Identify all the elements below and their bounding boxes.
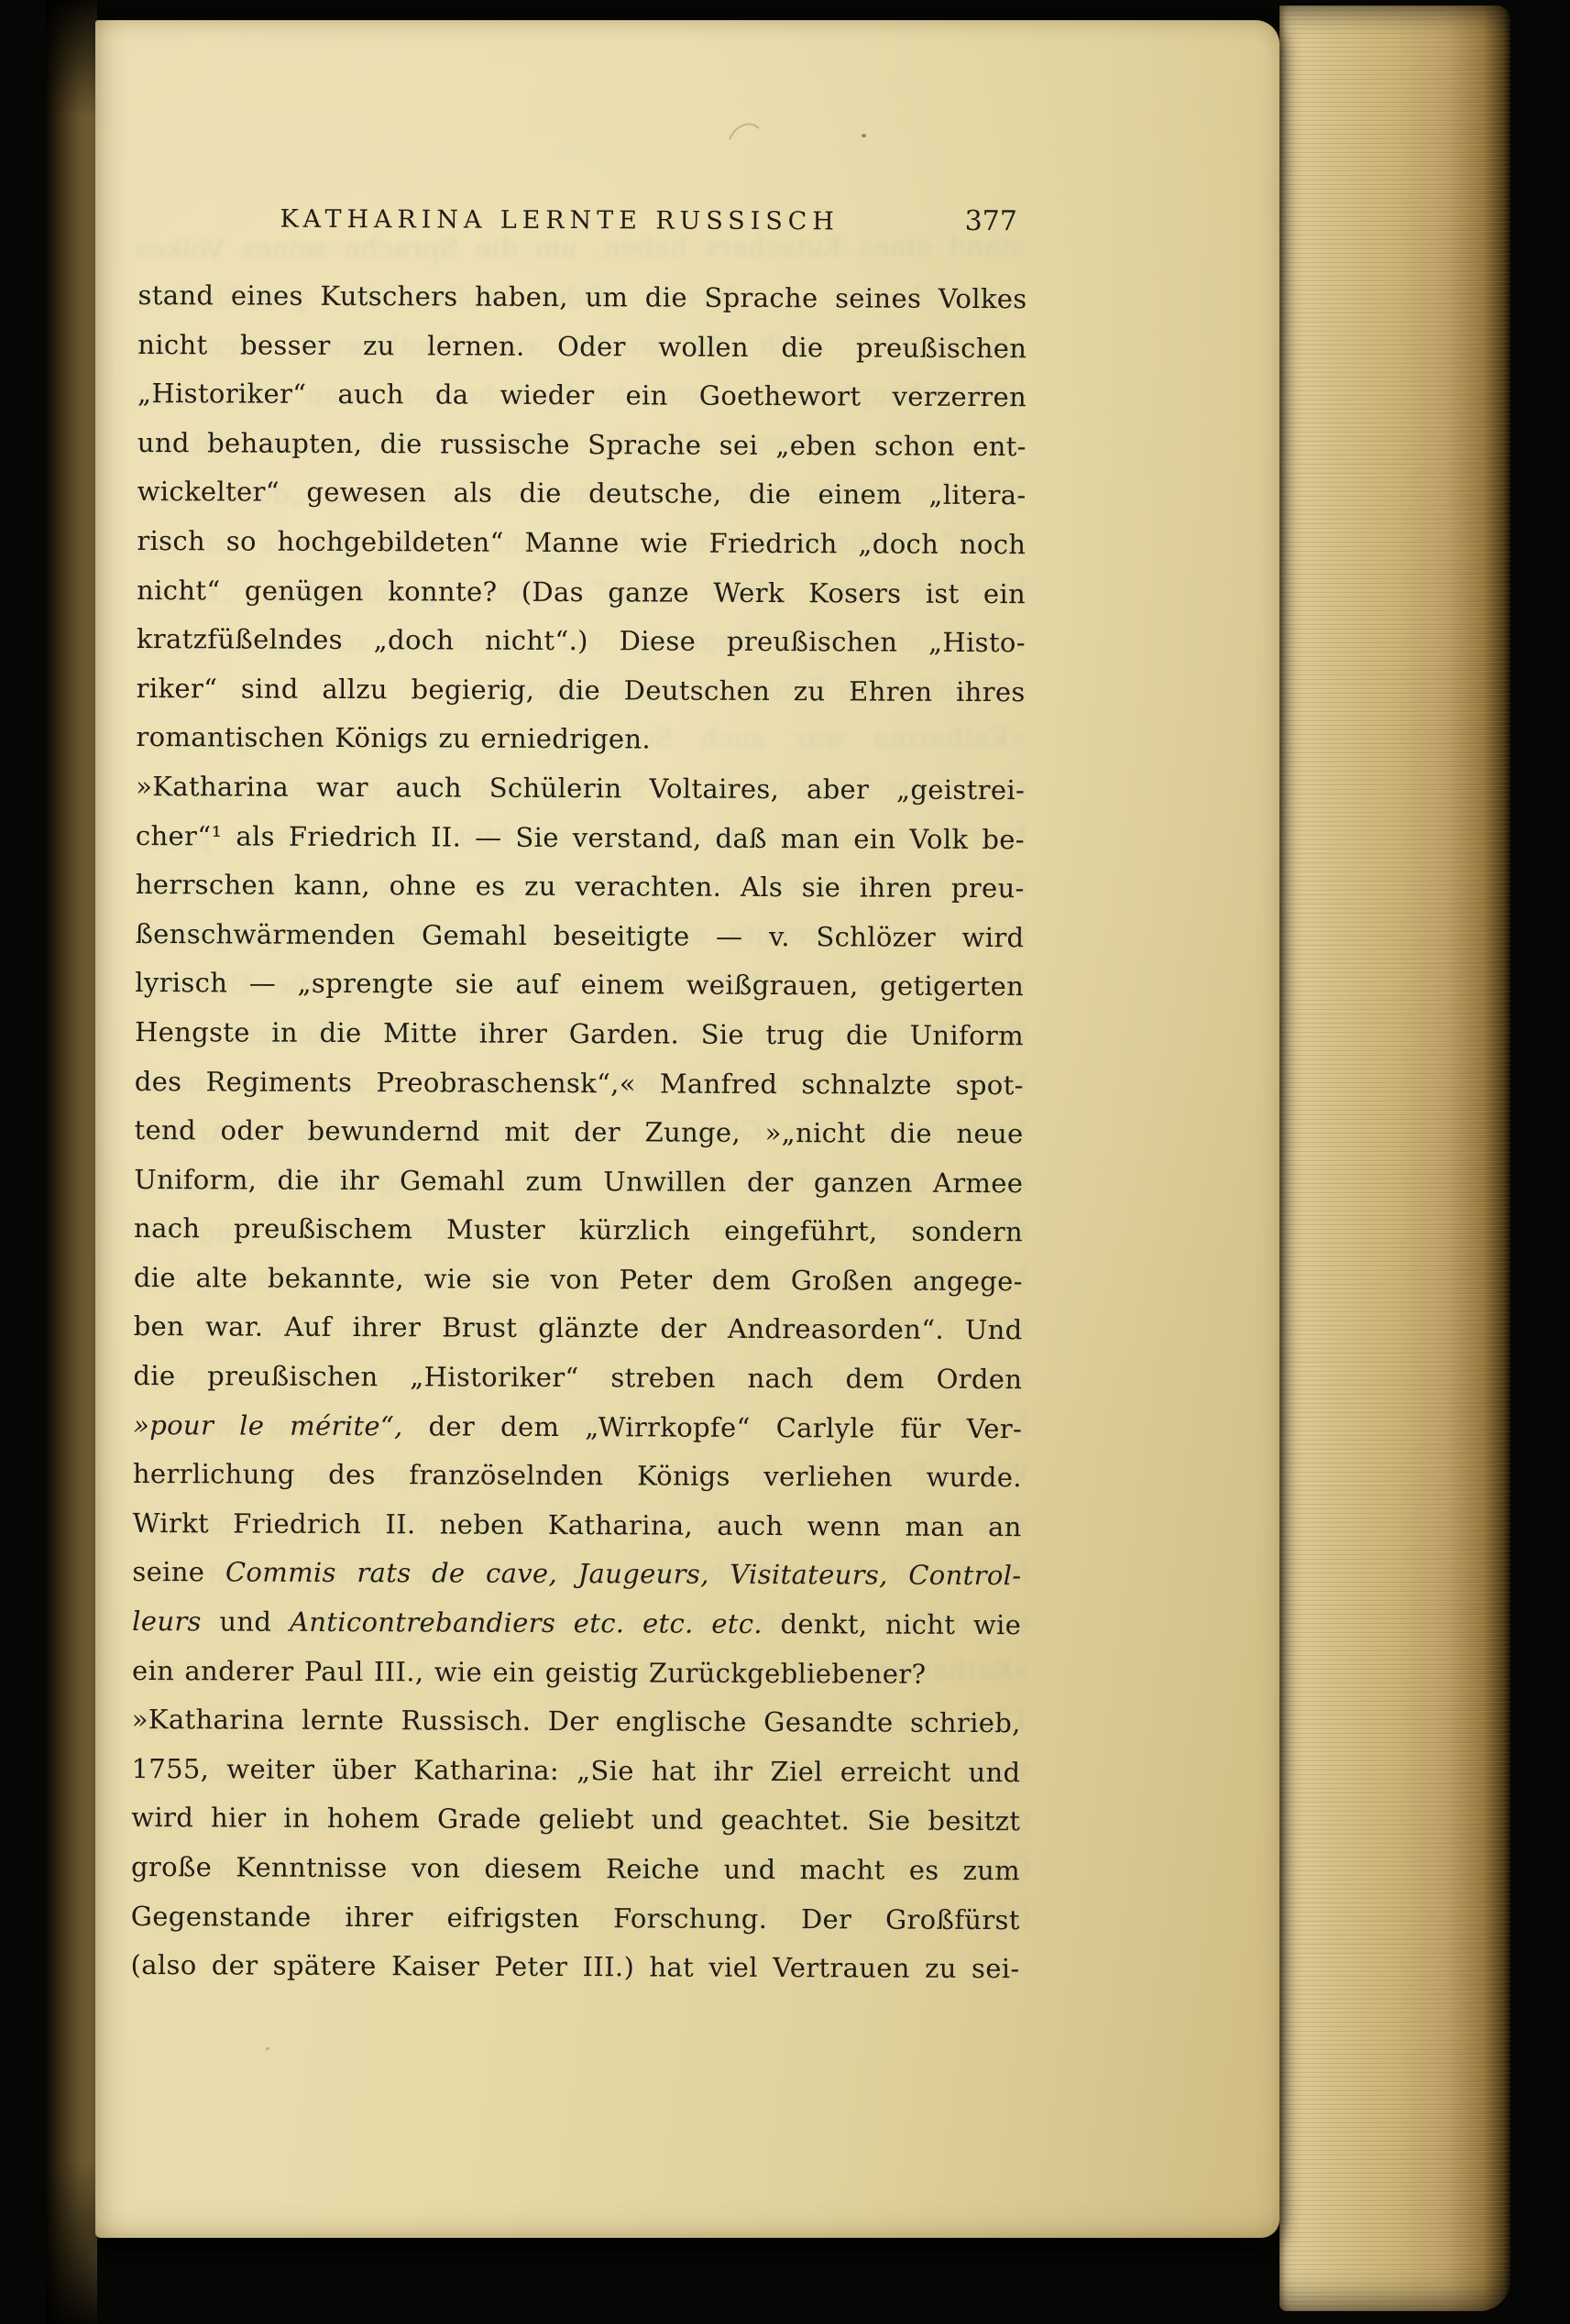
text-line: „Historiker“ auch da wieder ein Goethewo… xyxy=(137,369,1027,422)
text-line: Wirkt Friedrich II. neben Katharina, auc… xyxy=(133,1499,1022,1552)
text-segment: ein anderer Paul III., wie ein geistig Z… xyxy=(132,1655,927,1690)
text-line: leurs und Anticontrebandiers etc. etc. e… xyxy=(132,1597,1021,1650)
text-segment: die alte bekannte, wie sie von Peter dem… xyxy=(134,1262,1023,1297)
text-line: Gegenstande ihrer eifrigsten Forschung. … xyxy=(131,1892,1020,1946)
text-line: die preußischen „Historiker“ streben nac… xyxy=(133,1352,1022,1405)
book-photo: stand eines Kutschers haben, um die Spra… xyxy=(0,0,1570,2324)
paper-speck xyxy=(266,2047,269,2050)
text-segment: riker“ sind allzu begierig, die Deutsche… xyxy=(137,673,1026,707)
text-segment: „Historiker“ auch da wieder ein Goethewo… xyxy=(137,378,1027,412)
text-segment-italic: »pour le mérite“, xyxy=(133,1409,403,1442)
text-segment: des Regiments Preobraschensk“,« Manfred … xyxy=(135,1065,1024,1100)
text-segment-italic: Anticontrebandiers etc. etc. etc. xyxy=(290,1606,763,1639)
text-segment: herrlichung des französelnden Königs ver… xyxy=(133,1458,1022,1493)
text-line: risch so hochgebildeten“ Manne wie Fried… xyxy=(137,517,1026,570)
text-segment: »Katharina war auch Schülerin Voltaires,… xyxy=(136,771,1025,806)
text-segment: 1755, weiter über Katharina: „Sie hat ih… xyxy=(131,1753,1020,1788)
text-segment: wird hier in hohem Grade geliebt und gea… xyxy=(131,1802,1020,1836)
text-segment: cher“¹ als Friedrich II. — Sie verstand,… xyxy=(136,820,1025,855)
text-segment: tend oder bewundernd mit der Zunge, »„ni… xyxy=(134,1114,1023,1149)
text-line: riker“ sind allzu begierig, die Deutsche… xyxy=(137,664,1026,718)
text-line: romantischen Königs zu erniedrigen. xyxy=(136,713,1025,766)
text-segment: risch so hochgebildeten“ Manne wie Fried… xyxy=(137,525,1026,560)
text-line: herrlichung des französelnden Königs ver… xyxy=(133,1450,1022,1503)
text-segment: Wirkt Friedrich II. neben Katharina, auc… xyxy=(133,1507,1022,1542)
text-segment: lyrisch — „sprengte sie auf einem weißgr… xyxy=(135,967,1024,1002)
text-segment-italic: leurs xyxy=(132,1606,202,1637)
text-line: (also der spätere Kaiser Peter III.) hat… xyxy=(130,1941,1019,1994)
text-segment: »Katharina lernte Russisch. Der englisch… xyxy=(132,1704,1021,1738)
text-line: ein anderer Paul III., wie ein geistig Z… xyxy=(132,1647,1021,1700)
text-line: »Katharina lernte Russisch. Der englisch… xyxy=(132,1695,1021,1748)
text-segment: Uniform, die ihr Gemahl zum Unwillen der… xyxy=(134,1164,1023,1199)
text-line: und behaupten, die russische Sprache sei… xyxy=(137,419,1027,472)
page-number: 377 xyxy=(965,205,1017,237)
text-segment: die preußischen „Historiker“ streben nac… xyxy=(133,1360,1022,1395)
text-line: wird hier in hohem Grade geliebt und gea… xyxy=(131,1793,1020,1847)
text-segment: große Kenntnisse von diesem Reiche und m… xyxy=(131,1851,1020,1886)
text-segment: nach preußischem Muster kürzlich eingefü… xyxy=(134,1212,1023,1247)
text-line: ben war. Auf ihrer Brust glänzte der And… xyxy=(134,1302,1023,1355)
text-line: 1755, weiter über Katharina: „Sie hat ih… xyxy=(131,1745,1020,1798)
text-line: des Regiments Preobraschensk“,« Manfred … xyxy=(135,1057,1024,1110)
text-line: die alte bekannte, wie sie von Peter dem… xyxy=(134,1254,1023,1307)
text-line: Uniform, die ihr Gemahl zum Unwillen der… xyxy=(134,1156,1023,1209)
text-line: herrschen kann, ohne es zu verachten. Al… xyxy=(136,861,1025,914)
text-segment: ben war. Auf ihrer Brust glänzte der And… xyxy=(134,1310,1023,1345)
text-segment: seine xyxy=(132,1556,225,1587)
paper-speck xyxy=(862,134,866,137)
page-header: KATHARINA LERNTE RUSSISCH 377 xyxy=(138,199,1027,275)
text-segment: nicht besser zu lernen. Oder wollen die … xyxy=(137,329,1027,364)
text-segment: wickelter“ gewesen als die deutsche, die… xyxy=(137,476,1027,510)
text-line: ßenschwärmenden Gemahl beseitigte — v. S… xyxy=(135,910,1024,963)
text-line: Hengste in die Mitte ihrer Garden. Sie t… xyxy=(135,1008,1024,1061)
text-segment: Gegenstande ihrer eifrigsten Forschung. … xyxy=(131,1901,1020,1935)
text-segment: der dem „Wirrkopfe“ Carlyle für Ver- xyxy=(403,1410,1023,1444)
text-line: nach preußischem Muster kürzlich eingefü… xyxy=(134,1204,1023,1257)
text-line: cher“¹ als Friedrich II. — Sie verstand,… xyxy=(136,812,1025,865)
text-segment: romantischen Königs zu erniedrigen. xyxy=(136,721,651,754)
text-line: seine Commis rats de cave, Jaugeurs, Vis… xyxy=(132,1548,1021,1601)
text-line: »pour le mérite“, der dem „Wirrkopfe“ Ca… xyxy=(133,1401,1022,1454)
text-line: nicht besser zu lernen. Oder wollen die … xyxy=(137,321,1027,374)
page-edge-stack xyxy=(1279,5,1510,2311)
text-segment: nicht“ genügen konnte? (Das ganze Werk K… xyxy=(137,575,1026,609)
text-segment: kratzfüßelndes „doch nicht“.) Diese preu… xyxy=(137,623,1026,658)
book-gutter-edge xyxy=(46,0,97,2324)
text-segment: herrschen kann, ohne es zu verachten. Al… xyxy=(136,869,1025,904)
text-line: wickelter“ gewesen als die deutsche, die… xyxy=(137,467,1026,521)
text-line: nicht“ genügen konnte? (Das ganze Werk K… xyxy=(137,566,1026,619)
text-line: kratzfüßelndes „doch nicht“.) Diese preu… xyxy=(137,615,1026,668)
text-segment: ßenschwärmenden Gemahl beseitigte — v. S… xyxy=(135,918,1024,953)
text-line: große Kenntnisse von diesem Reiche und m… xyxy=(131,1843,1020,1896)
text-segment: und behaupten, die russische Sprache sei… xyxy=(137,427,1027,462)
text-segment-italic: Commis rats de cave, Jaugeurs, Visitateu… xyxy=(225,1557,1022,1592)
text-segment: und xyxy=(202,1606,290,1637)
text-lines: stand eines Kutschers haben, um die Spra… xyxy=(130,271,1027,1994)
text-block: KATHARINA LERNTE RUSSISCH 377 stand eine… xyxy=(130,199,1027,1994)
text-segment: Hengste in die Mitte ihrer Garden. Sie t… xyxy=(135,1016,1024,1051)
book-page: stand eines Kutschers haben, um die Spra… xyxy=(95,20,1279,2238)
text-segment: stand eines Kutschers haben, um die Spra… xyxy=(137,280,1027,314)
text-segment: denkt, nicht wie xyxy=(763,1608,1021,1640)
text-line: lyrisch — „sprengte sie auf einem weißgr… xyxy=(135,959,1024,1012)
pencil-mark xyxy=(728,119,764,145)
text-line: tend oder bewundernd mit der Zunge, »„ni… xyxy=(134,1106,1023,1159)
text-line: »Katharina war auch Schülerin Voltaires,… xyxy=(136,762,1025,816)
text-segment: (also der spätere Kaiser Peter III.) hat… xyxy=(131,1949,1020,1984)
text-line: stand eines Kutschers haben, um die Spra… xyxy=(137,271,1027,324)
running-header: KATHARINA LERNTE RUSSISCH xyxy=(280,205,839,236)
